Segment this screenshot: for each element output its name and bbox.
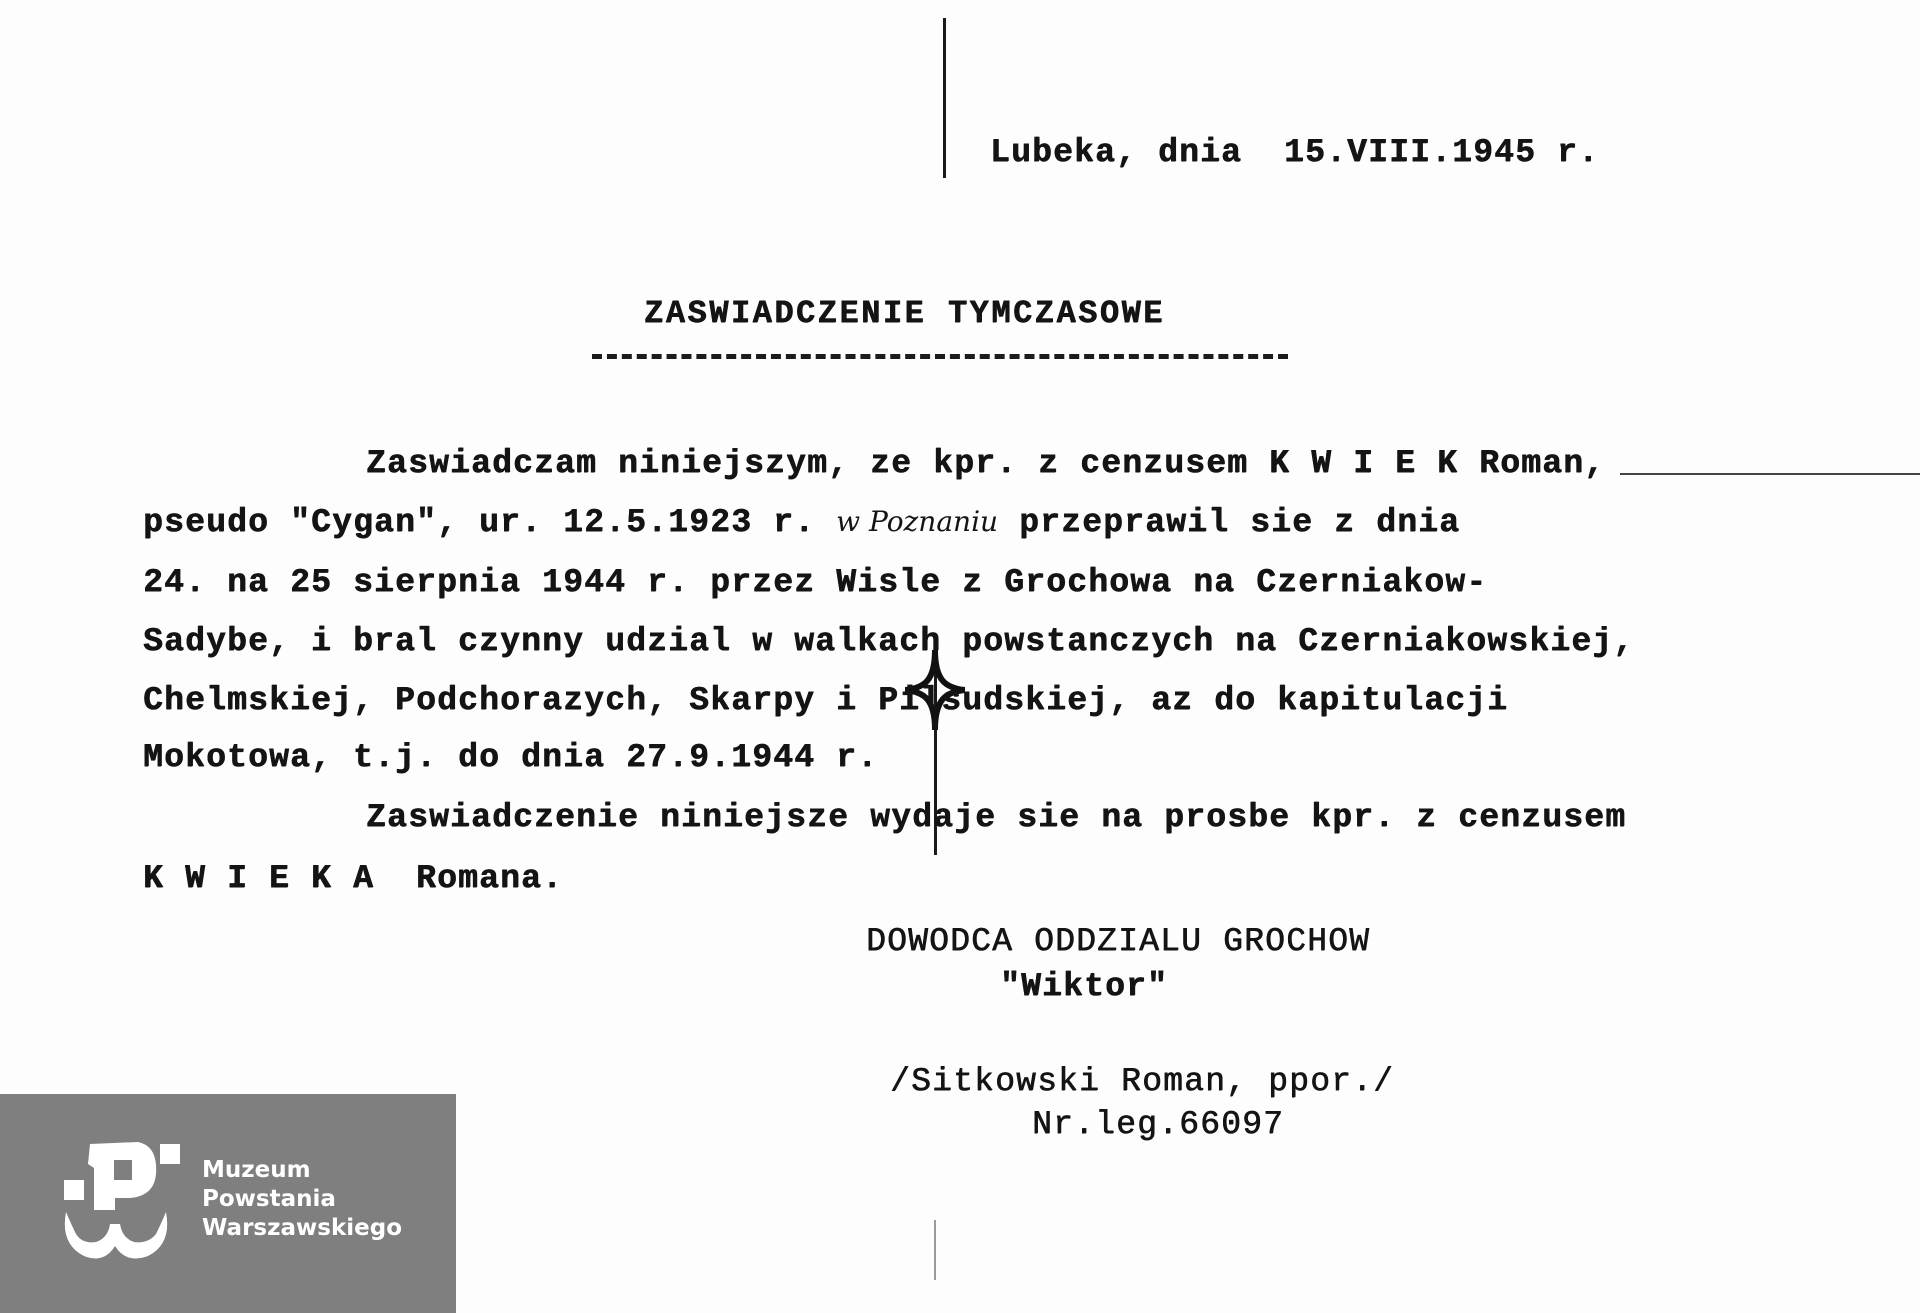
body-text: przeprawil sie z dnia — [998, 504, 1460, 541]
body-line: K W I E K A Romana. — [143, 862, 563, 895]
body-text: pseudo "Cygan", ur. 12.5.1923 r. — [143, 504, 815, 541]
body-line: Zaswiadczenie niniejsze wydaje sie na pr… — [366, 801, 1626, 834]
handwritten-insert: w Poznaniu — [836, 505, 998, 538]
logo-text: Warszawskiego — [202, 1217, 402, 1240]
paper-fold-line — [943, 18, 946, 178]
logo-text: Muzeum — [202, 1159, 311, 1182]
museum-logo: Muzeum Powstania Warszawskiego — [0, 1094, 456, 1313]
document-title: ZASWIADCZENIE TYMCZASOWE — [644, 298, 1165, 330]
body-line: pseudo "Cygan", ur. 12.5.1923 r. w Pozna… — [143, 506, 1460, 539]
place-and-date: Lubeka, dnia 15.VIII.1945 r. — [990, 136, 1599, 169]
body-line: Chelmskiej, Podchorazych, Skarpy i Pilsu… — [143, 684, 1508, 717]
kotwica-anchor-icon — [60, 1134, 190, 1264]
body-line: Zaswiadczam niniejszym, ze kpr. z cenzus… — [366, 447, 1605, 480]
title-underline — [592, 354, 1288, 359]
signature-reg-number: Nr.leg.66097 — [1032, 1108, 1284, 1141]
signature-pseudonym: "Wiktor" — [1000, 970, 1168, 1003]
body-line: 24. na 25 sierpnia 1944 r. przez Wisle z… — [143, 566, 1487, 599]
signature-role: DOWODCA ODDZIALU GROCHOW — [866, 925, 1370, 958]
paper-fold-line — [934, 1220, 936, 1280]
body-line: Mokotowa, t.j. do dnia 27.9.1944 r. — [143, 741, 878, 774]
signature-name: /Sitkowski Roman, ppor./ — [890, 1065, 1394, 1098]
body-line: Sadybe, i bral czynny udzial w walkach p… — [143, 625, 1634, 658]
paper-fold-line — [1620, 473, 1920, 475]
logo-text: Powstania — [202, 1188, 336, 1211]
